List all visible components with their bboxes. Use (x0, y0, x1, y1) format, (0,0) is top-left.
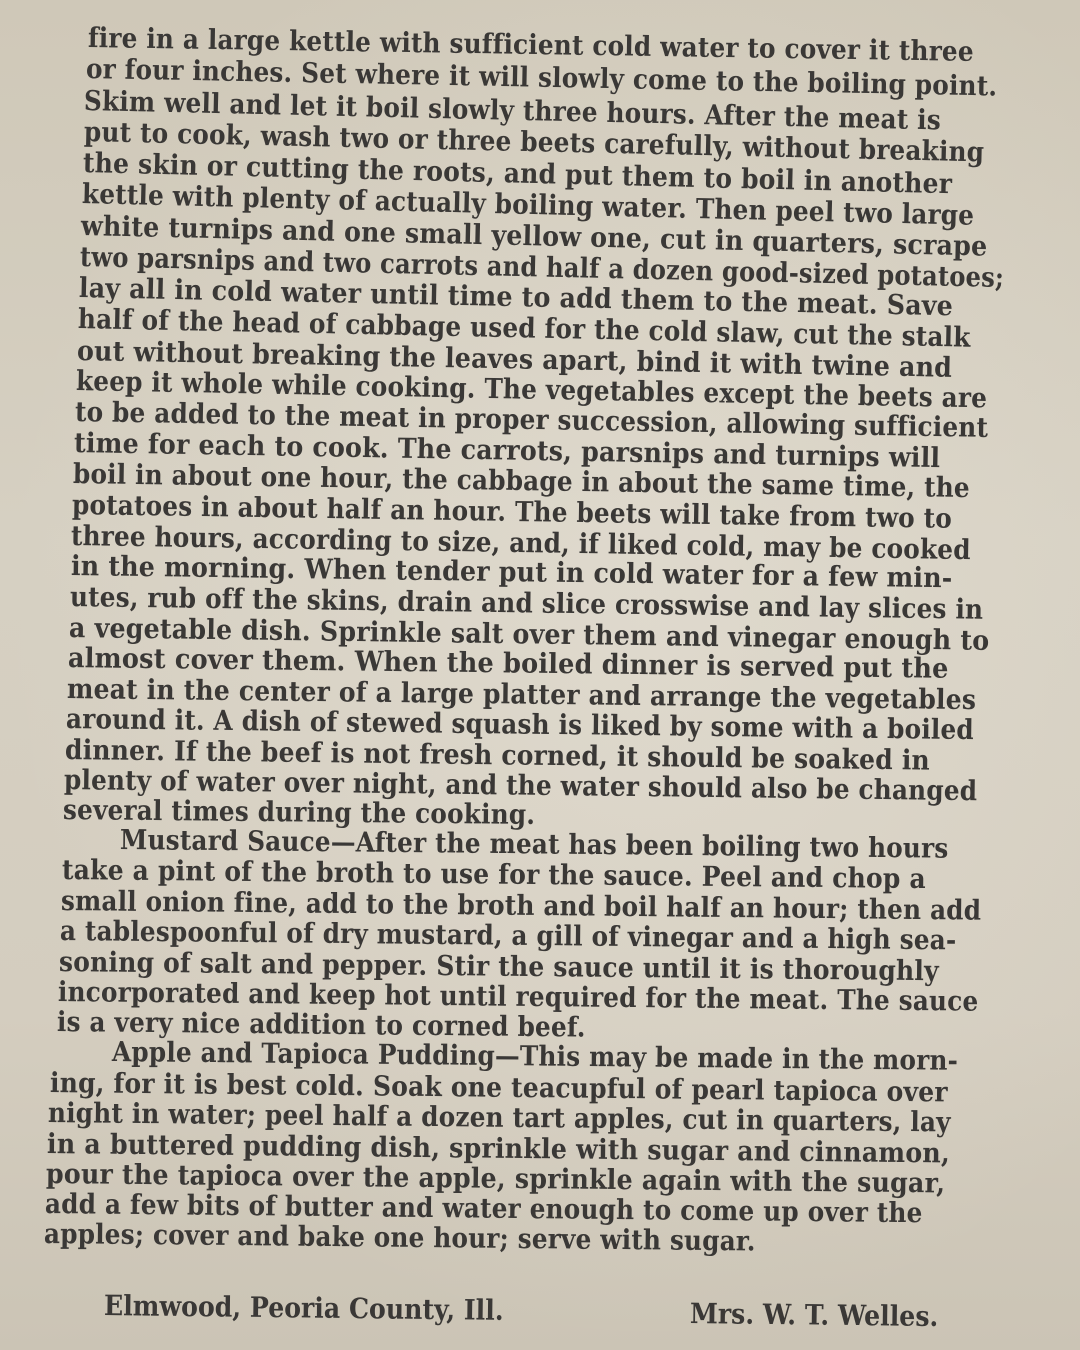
signature-location: Elmwood, Peoria County, Ill. (104, 1290, 504, 1327)
signature-author: Mrs. W. T. Welles. (690, 1298, 939, 1333)
text-line: apples; cover and bake one hour; serve w… (44, 1218, 756, 1257)
book-page: fire in a large kettle with sufficient c… (0, 0, 1080, 1350)
